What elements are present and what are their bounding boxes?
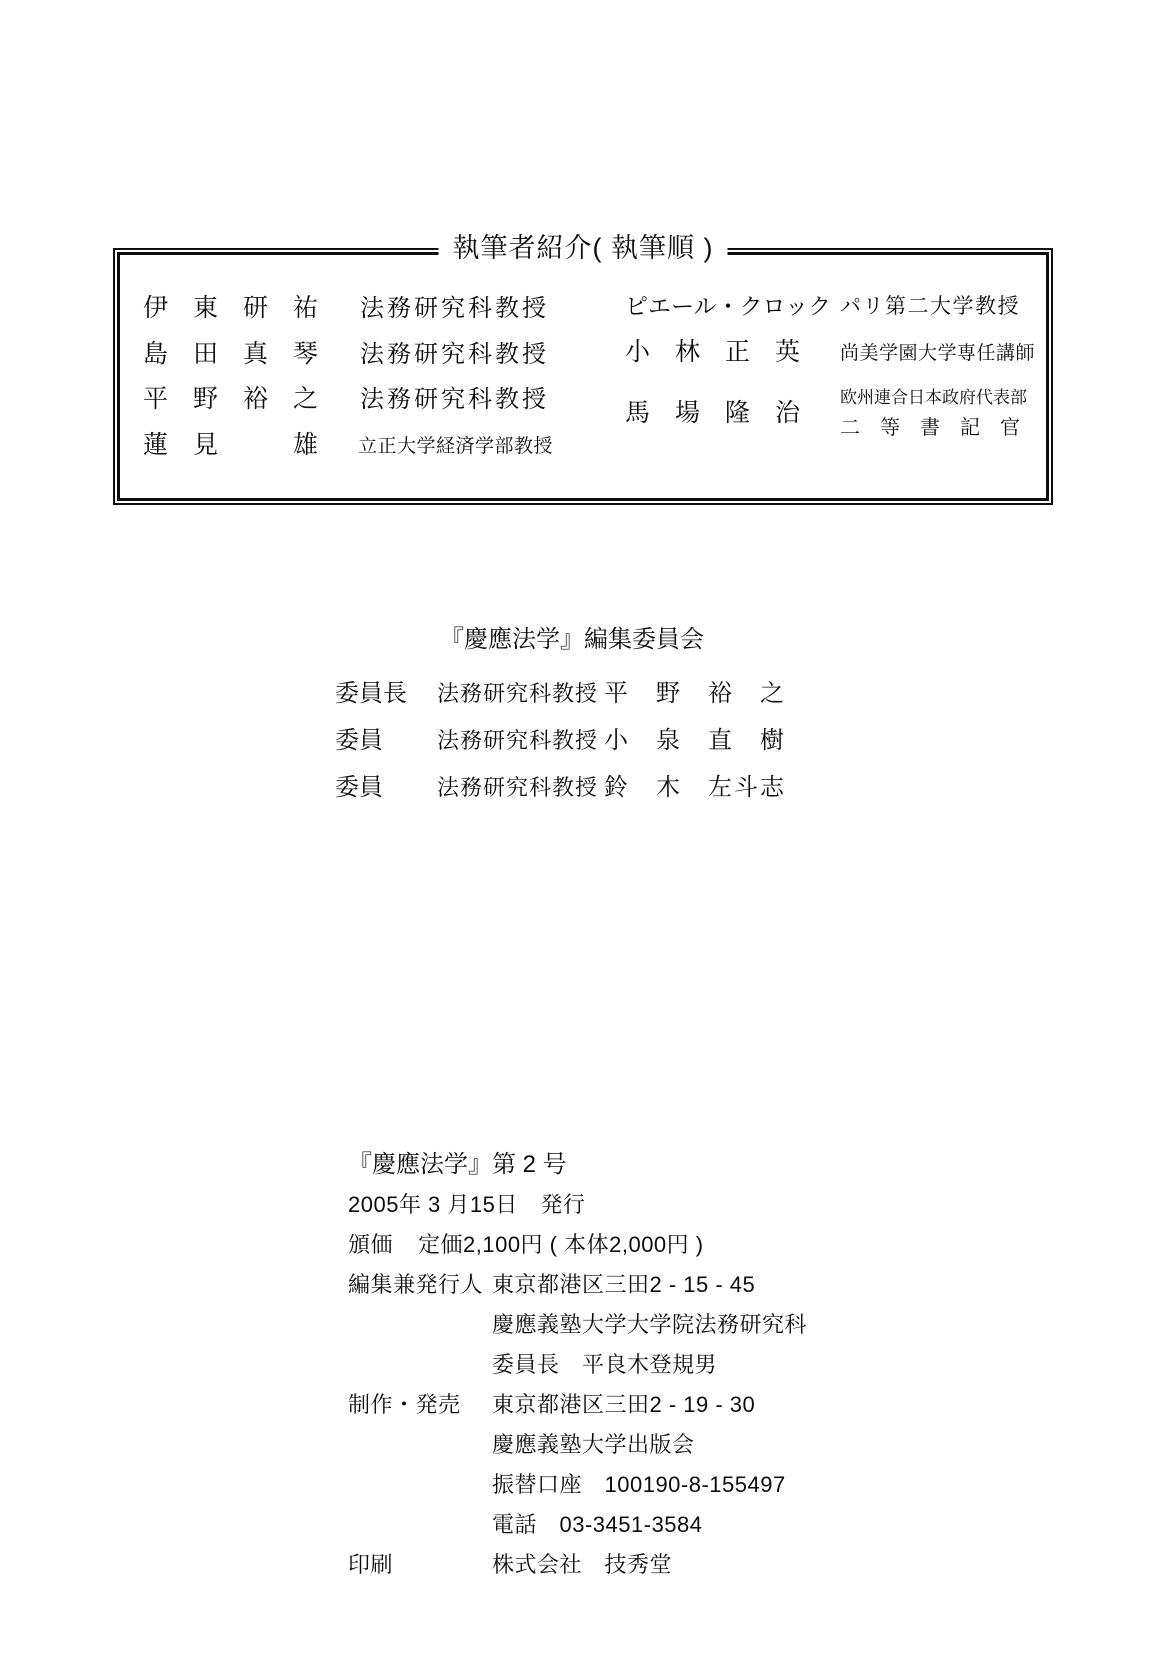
author-row: 蓮 見 雄 立正大学経済学部教授 (143, 429, 553, 475)
committee-row: 委員 法務研究科教授 小 泉 直 樹 (335, 725, 786, 772)
document-page: 執筆者紹介( 執筆順 ) 伊 東 研 祐 法務研究科教授 島 田 真 琴 法務研… (0, 0, 1164, 1653)
colophon-entry-line: 東京都港区三田2 - 15 - 45 (492, 1265, 807, 1305)
authors-column-left: 伊 東 研 祐 法務研究科教授 島 田 真 琴 法務研究科教授 平 野 裕 之 … (143, 292, 553, 474)
publication-date: 2005年 3 月15日 発行 (348, 1185, 807, 1225)
author-affiliation: 法務研究科教授 (360, 338, 549, 371)
author-affiliation-line2: 二 等 書 記 官 (840, 413, 1027, 443)
committee-role: 委員 (335, 725, 437, 757)
author-row: ピエール・クロック パリ第二大学教授 (625, 290, 1035, 336)
author-name: ピエール・クロック (625, 290, 803, 322)
author-name: 小 林 正 英 (625, 336, 803, 368)
author-name: 伊 東 研 祐 (143, 292, 321, 324)
author-name: 平 野 裕 之 (143, 383, 321, 415)
colophon-entry-line: 電話 03-3451-3584 (492, 1505, 786, 1545)
author-affiliation: 立正大学経済学部教授 (358, 429, 553, 465)
author-row: 小 林 正 英 尚美学園大学専任講師 (625, 336, 1035, 382)
price-row: 頒価 定価2,100円 ( 本体2,000円 ) (348, 1225, 807, 1265)
colophon: 『慶應法学』第 2 号 2005年 3 月15日 発行 頒価 定価2,100円 … (348, 1145, 807, 1585)
author-row: 伊 東 研 祐 法務研究科教授 (143, 292, 553, 338)
colophon-entry-label: 編集兼発行人 (348, 1265, 492, 1305)
colophon-entry-line: 慶應義塾大学出版会 (492, 1425, 786, 1465)
colophon-entry-line: 振替口座 100190-8-155497 (492, 1465, 786, 1505)
price-value: 定価2,100円 ( 本体2,000円 ) (418, 1225, 704, 1265)
colophon-entry-line: 株式会社 技秀堂 (492, 1545, 672, 1585)
committee-post: 法務研究科教授 (437, 772, 604, 804)
author-row: 島 田 真 琴 法務研究科教授 (143, 338, 553, 384)
committee-member-name: 小 泉 直 樹 (604, 725, 786, 757)
colophon-entry-line: 東京都港区三田2 - 19 - 30 (492, 1385, 786, 1425)
committee-row: 委員 法務研究科教授 鈴 木 左斗志 (335, 772, 786, 819)
authors-box-title: 執筆者紹介( 執筆順 ) (439, 225, 728, 271)
committee-post: 法務研究科教授 (437, 725, 604, 757)
price-label: 頒価 (348, 1225, 418, 1265)
colophon-entry-line: 委員長 平良木登規男 (492, 1345, 807, 1385)
author-name: 島 田 真 琴 (143, 338, 321, 370)
author-name: 蓮 見 雄 (143, 429, 321, 461)
authors-column-right: ピエール・クロック パリ第二大学教授 小 林 正 英 尚美学園大学専任講師 馬 … (625, 290, 1035, 443)
colophon-entry-values: 東京都港区三田2 - 19 - 30 慶應義塾大学出版会 振替口座 100190… (492, 1385, 786, 1545)
committee-list: 委員長 法務研究科教授 平 野 裕 之 委員 法務研究科教授 小 泉 直 樹 委… (335, 678, 786, 819)
author-affiliation: 法務研究科教授 (360, 383, 549, 416)
colophon-entry-line: 慶應義塾大学大学院法務研究科 (492, 1305, 807, 1345)
committee-role: 委員 (335, 772, 437, 804)
author-affiliation: 法務研究科教授 (360, 292, 549, 325)
author-row: 平 野 裕 之 法務研究科教授 (143, 383, 553, 429)
committee-role: 委員長 (335, 678, 437, 710)
colophon-entry-values: 東京都港区三田2 - 15 - 45 慶應義塾大学大学院法務研究科 委員長 平良… (492, 1265, 807, 1385)
colophon-entry-publisher: 編集兼発行人 東京都港区三田2 - 15 - 45 慶應義塾大学大学院法務研究科… (348, 1265, 807, 1385)
committee-row: 委員長 法務研究科教授 平 野 裕 之 (335, 678, 786, 725)
author-affiliation: パリ第二大学教授 (840, 290, 1020, 324)
author-affiliation: 欧州連合日本政府代表部 二 等 書 記 官 (840, 383, 1027, 443)
committee-title: 『慶應法学』編集委員会 (440, 624, 704, 656)
committee-post: 法務研究科教授 (437, 678, 604, 710)
authors-box: 執筆者紹介( 執筆順 ) 伊 東 研 祐 法務研究科教授 島 田 真 琴 法務研… (113, 248, 1053, 505)
author-affiliation-line1: 欧州連合日本政府代表部 (840, 383, 1027, 413)
colophon-entry-values: 株式会社 技秀堂 (492, 1545, 672, 1585)
journal-title: 『慶應法学』第 2 号 (348, 1145, 807, 1185)
author-affiliation: 尚美学園大学専任講師 (840, 336, 1035, 372)
colophon-entry-production: 制作・発売 東京都港区三田2 - 19 - 30 慶應義塾大学出版会 振替口座 … (348, 1385, 807, 1545)
colophon-entry-label: 制作・発売 (348, 1385, 492, 1425)
author-name: 馬 場 隆 治 (625, 397, 803, 429)
colophon-entry-label: 印刷 (348, 1545, 492, 1585)
committee-member-name: 鈴 木 左斗志 (604, 772, 786, 804)
author-row: 馬 場 隆 治 欧州連合日本政府代表部 二 等 書 記 官 (625, 383, 1035, 443)
committee-member-name: 平 野 裕 之 (604, 678, 786, 710)
colophon-entry-printer: 印刷 株式会社 技秀堂 (348, 1545, 807, 1585)
